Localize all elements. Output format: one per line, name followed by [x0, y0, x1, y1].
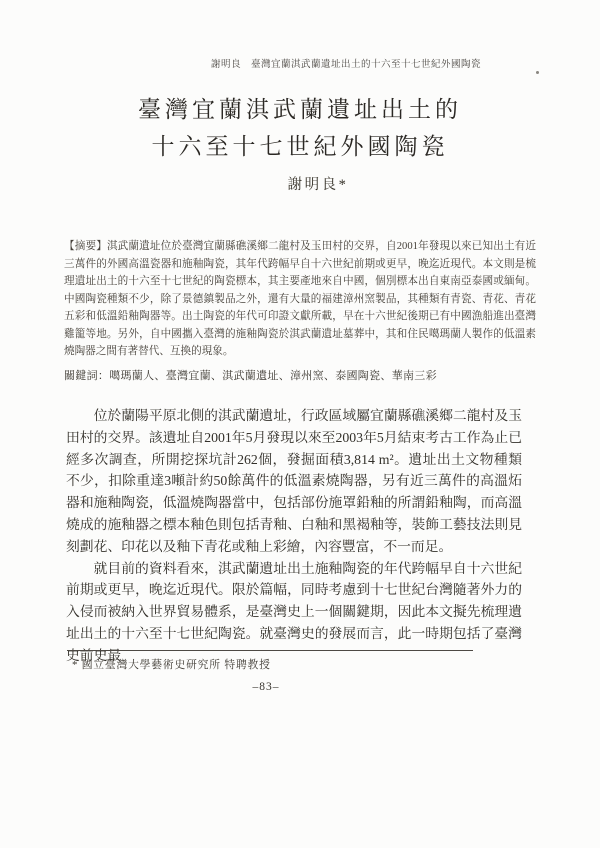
abstract-text: 淇武蘭遺址位於臺灣宜蘭縣礁溪鄉二龍村及玉田村的交界，自2001年發現以來已知出土… — [64, 241, 536, 357]
keywords-label: 關鍵詞： — [64, 370, 109, 382]
keywords: 關鍵詞：噶瑪蘭人、臺灣宜蘭、淇武蘭遺址、漳州窯、泰國陶瓷、華南三彩 — [64, 367, 536, 383]
abstract-label: 【摘要】 — [64, 241, 107, 252]
footnote-divider — [67, 650, 473, 651]
keywords-text: 噶瑪蘭人、臺灣宜蘭、淇武蘭遺址、漳州窯、泰國陶瓷、華南三彩 — [109, 370, 437, 382]
article-title-line1: 臺灣宜蘭淇武蘭遺址出土的 — [0, 91, 600, 128]
author-name: 謝明良* — [18, 173, 600, 194]
paper-page: 謝明良 臺灣宜蘭淇武蘭遺址出土的十六至十七世紀外國陶瓷 臺灣宜蘭淇武蘭遺址出土的… — [0, 0, 600, 848]
page-number: –83– — [0, 681, 532, 693]
body-text: 位於蘭陽平原北側的淇武蘭遺址，行政區域屬宜蘭縣礁溪鄉二龍村及玉田村的交界。該遺址… — [66, 405, 522, 667]
body-paragraph-1: 位於蘭陽平原北側的淇武蘭遺址，行政區域屬宜蘭縣礁溪鄉二龍村及玉田村的交界。該遺址… — [66, 405, 522, 558]
scan-artifact-dot — [536, 71, 539, 74]
running-header: 謝明良 臺灣宜蘭淇武蘭遺址出土的十六至十七世紀外國陶瓷 — [211, 56, 481, 70]
footnote-affiliation: * 國立臺灣大學藝術史研究所 特聘教授 — [72, 657, 271, 672]
article-title: 臺灣宜蘭淇武蘭遺址出土的 十六至十七世紀外國陶瓷 — [0, 91, 600, 165]
abstract: 【摘要】淇武蘭遺址位於臺灣宜蘭縣礁溪鄉二龍村及玉田村的交界，自2001年發現以來… — [64, 238, 536, 361]
article-title-line2: 十六至十七世紀外國陶瓷 — [0, 128, 600, 165]
